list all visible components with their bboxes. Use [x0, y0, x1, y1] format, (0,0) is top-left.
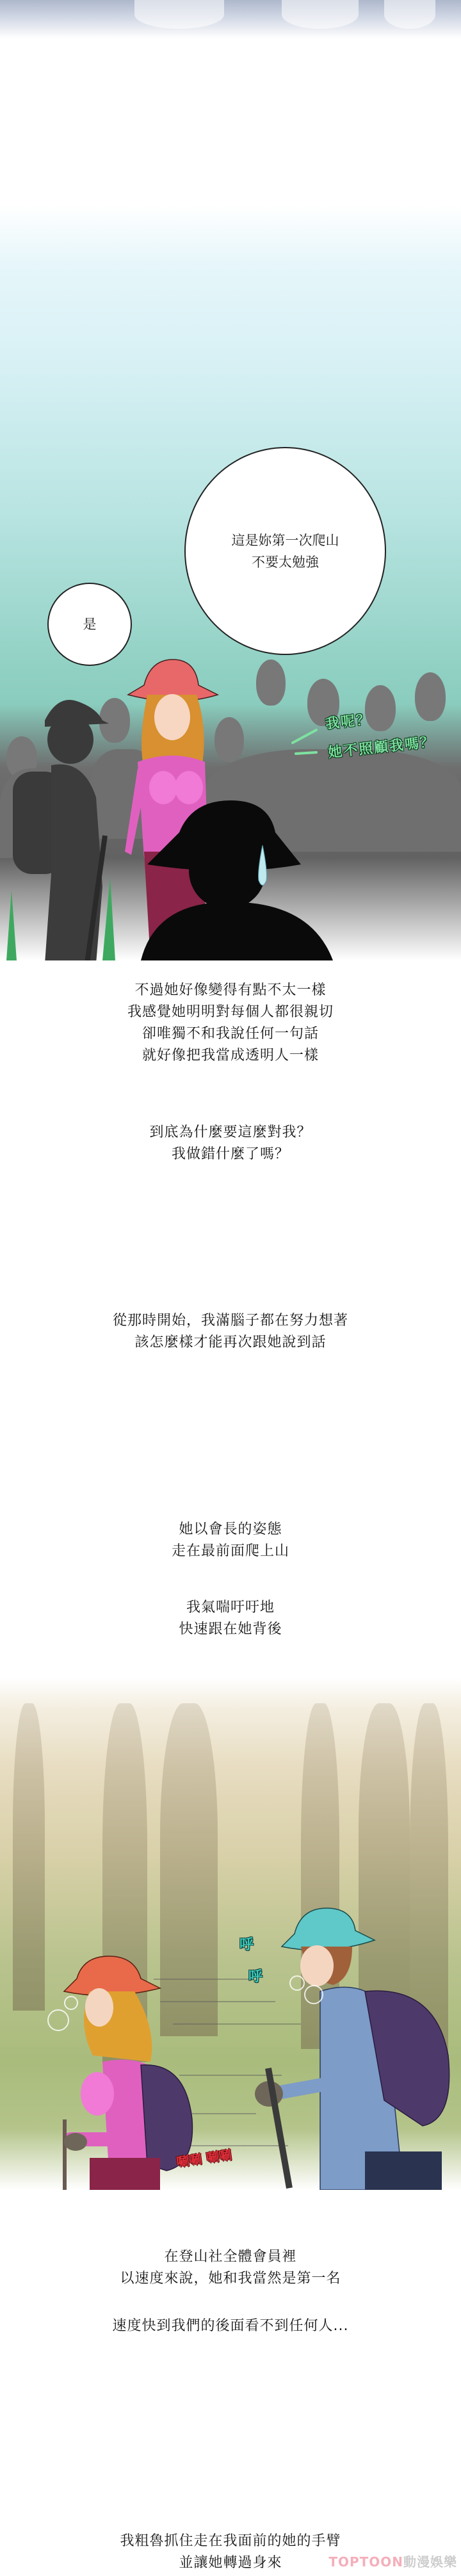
narration-caption-4: 從那時開始，我滿腦子都在努力想著 該怎麼樣才能再次跟她說到話 [0, 1310, 461, 1354]
caption-line: 不過她好像變得有點不太一樣 [0, 980, 461, 1001]
crowd-silhouettes: 我呢？ 她不照顧我嗎？ [0, 621, 461, 960]
caption-line: 她以會長的姿態 [0, 1519, 461, 1541]
bubble-line: 這是妳第一次爬山 [232, 530, 339, 551]
sweat-drop-icon [256, 845, 269, 890]
narration-caption-8: 速度快到我們的後面看不到任何人... [0, 2315, 461, 2337]
webtoon-page: 到了登山口 她就像平常一樣 若無其事地照顧大家 這是妳第一次爬山 不要太勉強 是 [0, 0, 461, 2576]
bubble-line: 不要太勉強 [252, 551, 319, 573]
caption-line: 就好像把我當成透明人一樣 [0, 1045, 461, 1067]
caption-line: 走在最前面爬上山 [0, 1541, 461, 1562]
caption-line: 在登山社全體會員裡 [0, 2246, 461, 2268]
panel-forest-hike: 呼 呼 唰唰 唰唰 [0, 1678, 461, 2190]
sfx-breath-2: 呼 [248, 1966, 263, 1986]
caption-line: 該怎麼樣才能再次跟她說到話 [0, 1332, 461, 1354]
cloud-strip-image [0, 0, 461, 38]
sfx-breath-1: 呼 [239, 1934, 254, 1954]
panel-trailhead: 這是妳第一次爬山 不要太勉強 是 [0, 205, 461, 960]
watermark-logo: TOPTOON動漫娛樂 [328, 2552, 457, 2570]
caption-line: 我感覺她明明對每個人都很親切 [0, 1001, 461, 1023]
man-silhouette-foreground [102, 794, 359, 960]
caption-line: 以速度來說，她和我當然是第一名 [0, 2268, 461, 2290]
caption-line: 我粗魯抓住走在我面前的她的手臂 [0, 2531, 461, 2552]
narration-caption-6: 我氣喘吁吁地 快速跟在她背後 [0, 1597, 461, 1640]
narration-caption-3: 到底為什麼要這麼對我？ 我做錯什麼了嗎？ [0, 1122, 461, 1165]
caption-line: 我氣喘吁吁地 [0, 1597, 461, 1619]
caption-line: 速度快到我們的後面看不到任何人... [0, 2315, 461, 2337]
watermark-suffix: 動漫娛樂 [403, 2554, 457, 2570]
caption-line: 我做錯什麼了嗎？ [0, 1144, 461, 1165]
whisper-marks [289, 727, 321, 759]
caption-line: 快速跟在她背後 [0, 1619, 461, 1640]
man-hiker [243, 1895, 461, 2190]
narration-caption-7: 在登山社全體會員裡 以速度來說，她和我當然是第一名 [0, 2246, 461, 2290]
watermark-brand: TOPTOON [328, 2554, 403, 2570]
caption-line: 卻唯獨不和我說任何一句話 [0, 1023, 461, 1045]
narration-caption-5: 她以會長的姿態 走在最前面爬上山 [0, 1519, 461, 1562]
caption-line: 到底為什麼要這麼對我？ [0, 1122, 461, 1144]
narration-caption-2: 不過她好像變得有點不太一樣 我感覺她明明對每個人都很親切 卻唯獨不和我說任何一句… [0, 980, 461, 1067]
caption-line: 從那時開始，我滿腦子都在努力想著 [0, 1310, 461, 1332]
